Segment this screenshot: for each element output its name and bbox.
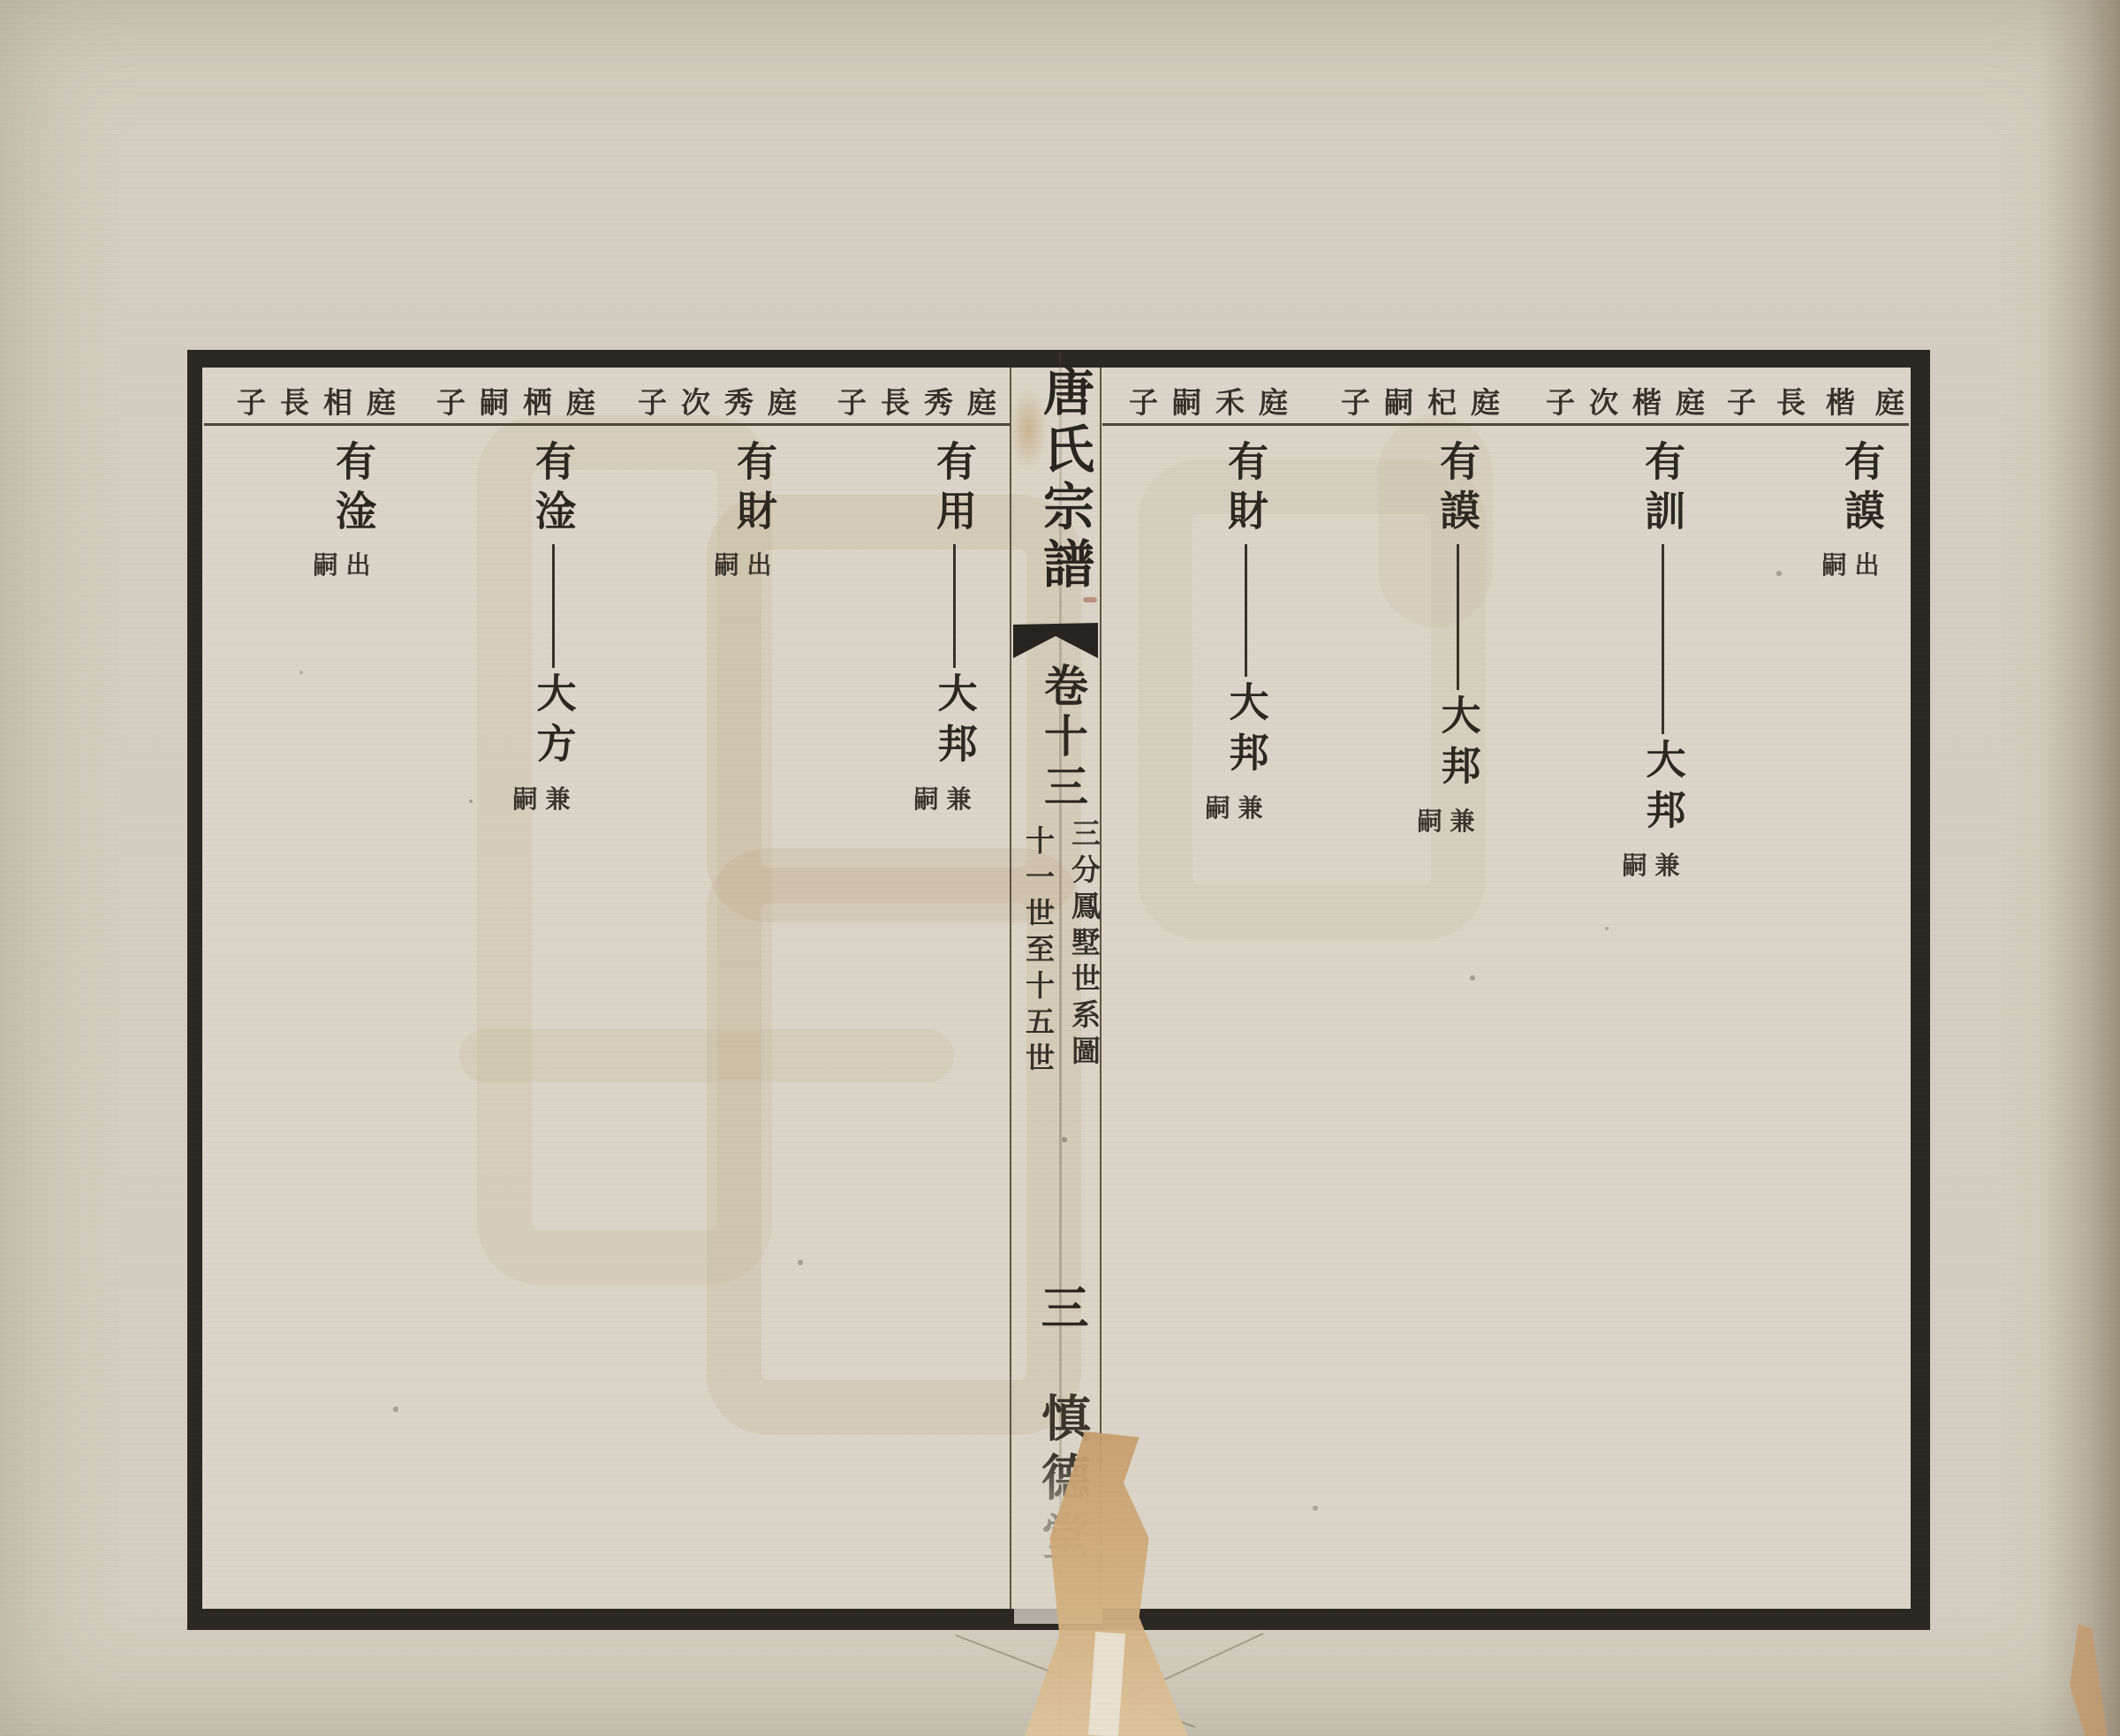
- person-name: 有財: [1225, 440, 1266, 539]
- heir-annotation: 兼嗣: [1205, 789, 1262, 824]
- heir-annotation: 兼嗣: [1622, 846, 1679, 882]
- fishtail-icon: [1013, 623, 1098, 660]
- book-edge-shadow: [2039, 0, 2120, 1736]
- column-header: 庭楷次子: [1546, 380, 1705, 421]
- column-header: 庭禾嗣子: [1129, 380, 1288, 421]
- descent-line: [1457, 544, 1459, 690]
- column-header: 庭栖嗣子: [436, 380, 595, 421]
- person-name: 有淦: [333, 440, 374, 539]
- person-name: 有財: [734, 440, 775, 539]
- lineage-column: 庭楷次子 有訓 大邦 兼嗣: [1512, 368, 1708, 942]
- stain: [1083, 597, 1097, 603]
- genealogy-book-scan: 庭楷長子 有謨 出嗣 庭楷次子 有訓 大邦 兼嗣 庭杞嗣子 有謨 大邦 兼嗣 庭…: [0, 0, 2120, 1736]
- person-name: 有謨: [1842, 440, 1882, 539]
- spine-divider-left: [1010, 368, 1011, 1609]
- child-name: 大方: [534, 672, 573, 773]
- lineage-column: 庭楷長子 有謨 出嗣: [1712, 368, 1908, 942]
- descent-line: [552, 544, 555, 668]
- adoption-annotation: 出嗣: [714, 546, 771, 581]
- volume-label: 卷十三: [1031, 663, 1094, 814]
- heir-annotation: 兼嗣: [913, 780, 971, 815]
- child-name: 大邦: [1438, 694, 1478, 795]
- heir-annotation: 兼嗣: [1417, 802, 1474, 838]
- heir-annotation: 兼嗣: [512, 780, 570, 815]
- descent-line: [1245, 544, 1247, 677]
- lineage-column: 庭杞嗣子 有謨 大邦 兼嗣: [1307, 368, 1503, 942]
- column-header: 庭秀長子: [837, 380, 996, 421]
- page-number: 三: [1028, 1283, 1096, 1330]
- adoption-annotation: 出嗣: [313, 546, 370, 581]
- lineage-column: 庭秀次子 有財 出嗣: [604, 368, 800, 942]
- child-name: 大邦: [935, 672, 974, 773]
- column-header: 庭楷長子: [1727, 380, 1904, 421]
- section-title: 三分鳳墅世系圖: [1064, 818, 1105, 1072]
- lineage-column: 庭秀長子 有用 大邦 兼嗣: [804, 368, 1000, 942]
- descent-line: [1662, 544, 1664, 734]
- lineage-column: 庭相長子 有淦 出嗣: [203, 368, 399, 942]
- column-header: 庭秀次子: [638, 380, 797, 421]
- adoption-annotation: 出嗣: [1821, 546, 1879, 581]
- lineage-column: 庭禾嗣子 有財 大邦 兼嗣: [1095, 368, 1291, 942]
- lineage-column: 庭栖嗣子 有淦 大方 兼嗣: [403, 368, 599, 942]
- person-name: 有謨: [1437, 440, 1478, 539]
- generation-range: 十一世至十五世: [1018, 825, 1059, 1079]
- column-header: 庭杞嗣子: [1341, 380, 1500, 421]
- descent-line: [953, 544, 956, 668]
- person-name: 有訓: [1642, 440, 1683, 539]
- stain: [1009, 387, 1048, 472]
- child-name: 大邦: [1643, 739, 1683, 839]
- person-name: 有淦: [533, 440, 573, 539]
- person-name: 有用: [934, 440, 974, 539]
- column-header: 庭相長子: [237, 380, 396, 421]
- child-name: 大邦: [1226, 681, 1266, 782]
- dust-specks: [0, 0, 2, 2]
